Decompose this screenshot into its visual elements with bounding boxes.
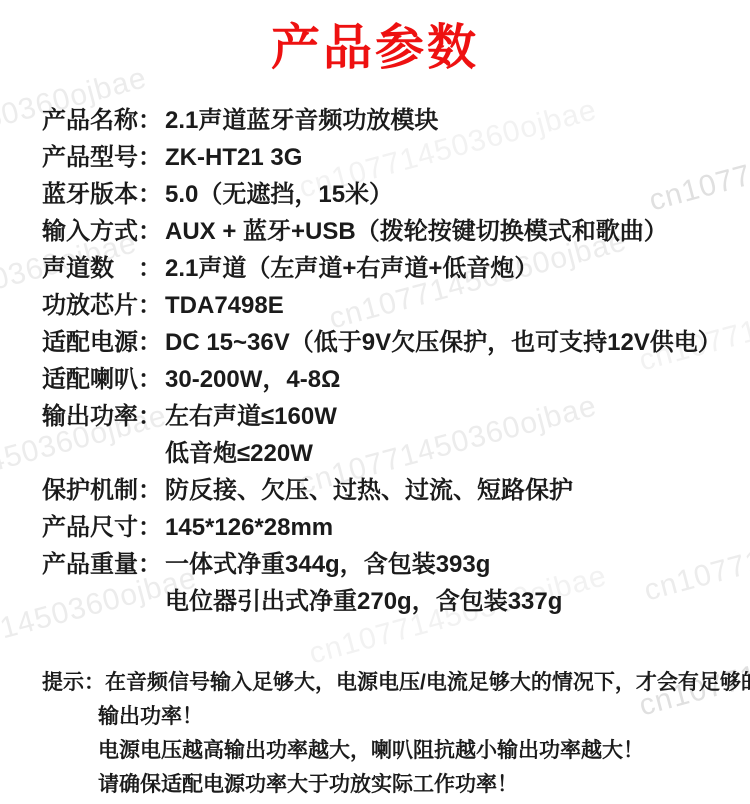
spec-value: 2.1声道蓝牙音频功放模块 xyxy=(165,107,438,134)
spec-row-channels: 声道数 ：2.1声道（左声道+右声道+低音炮） xyxy=(42,250,750,287)
spec-value: 一体式净重344g，含包装393g xyxy=(165,551,490,578)
spec-label: 产品型号： xyxy=(42,139,165,176)
spec-value: 电位器引出式净重270g，含包装337g xyxy=(165,588,562,615)
spec-row-weight: 产品重量：一体式净重344g，含包装393g xyxy=(42,546,750,583)
spec-row-power-supply: 适配电源：DC 15~36V（低于9V欠压保护，也可支持12V供电） xyxy=(42,324,750,361)
page-title: 产品参数 xyxy=(0,0,750,77)
spec-label: 产品名称： xyxy=(42,102,165,139)
spec-row-product-name: 产品名称：2.1声道蓝牙音频功放模块 xyxy=(42,102,750,139)
spec-value: 30-200W，4-8Ω xyxy=(165,366,340,393)
tips-line-2: 输出功率！ xyxy=(42,700,750,734)
spec-row-amp-chip: 功放芯片：TDA7498E xyxy=(42,287,750,324)
spec-value: 低音炮≤220W xyxy=(165,440,313,467)
spec-value: AUX + 蓝牙+USB（拨轮按键切换模式和歌曲） xyxy=(165,218,668,245)
spec-label: 功放芯片： xyxy=(42,287,165,324)
spec-value: 145*126*28mm xyxy=(165,514,333,541)
spec-value: TDA7498E xyxy=(165,292,284,319)
spec-label: 产品重量： xyxy=(42,546,165,583)
tips-line-1: 提示：在音频信号输入足够大，电源电压/电流足够大的情况下，才会有足够的 xyxy=(42,666,750,700)
tips-line-3: 电源电压越高输出功率越大，喇叭阻抗越小输出功率越大！ xyxy=(42,734,750,768)
spec-value: DC 15~36V（低于9V欠压保护，也可支持12V供电） xyxy=(165,329,722,356)
spec-value: 5.0（无遮挡，15米） xyxy=(165,181,393,208)
spec-list: 产品名称：2.1声道蓝牙音频功放模块 产品型号：ZK-HT21 3G 蓝牙版本：… xyxy=(42,102,750,620)
spec-row-output-power-subwoofer: 低音炮≤220W xyxy=(42,435,750,472)
tips-text: 输出功率！ xyxy=(98,705,203,728)
spec-label: 输出功率： xyxy=(42,398,165,435)
spec-row-speaker-match: 适配喇叭：30-200W，4-8Ω xyxy=(42,361,750,398)
spec-label: 声道数 ： xyxy=(42,250,165,287)
spec-row-output-power: 输出功率：左右声道≤160W xyxy=(42,398,750,435)
spec-row-input-mode: 输入方式：AUX + 蓝牙+USB（拨轮按键切换模式和歌曲） xyxy=(42,213,750,250)
tips-text: 电源电压越高输出功率越大，喇叭阻抗越小输出功率越大！ xyxy=(98,739,644,762)
content: 产品参数 产品名称：2.1声道蓝牙音频功放模块 产品型号：ZK-HT21 3G … xyxy=(0,0,750,802)
spec-row-bluetooth-version: 蓝牙版本：5.0（无遮挡，15米） xyxy=(42,176,750,213)
tips-text: 请确保适配电源功率大于功放实际工作功率！ xyxy=(98,773,518,796)
spec-label: 保护机制： xyxy=(42,472,165,509)
spec-value: 左右声道≤160W xyxy=(165,403,337,430)
spec-row-protection: 保护机制：防反接、欠压、过热、过流、短路保护 xyxy=(42,472,750,509)
tips-text: 在音频信号输入足够大，电源电压/电流足够大的情况下，才会有足够的 xyxy=(105,671,750,694)
spec-label: 产品尺寸： xyxy=(42,509,165,546)
spec-row-weight-potentiometer: 电位器引出式净重270g，含包装337g xyxy=(42,583,750,620)
spec-label: 适配电源： xyxy=(42,324,165,361)
product-parameters-sheet: cn10771450360ojbae cn10771450360ojbae cn… xyxy=(0,0,750,804)
tips-prefix: 提示： xyxy=(42,666,105,700)
spec-label: 适配喇叭： xyxy=(42,361,165,398)
spec-value: 2.1声道（左声道+右声道+低音炮） xyxy=(165,255,538,282)
spec-label: 输入方式： xyxy=(42,213,165,250)
spec-label: 蓝牙版本： xyxy=(42,176,165,213)
spec-row-dimensions: 产品尺寸：145*126*28mm xyxy=(42,509,750,546)
spec-value: 防反接、欠压、过热、过流、短路保护 xyxy=(165,477,573,504)
tips-line-4: 请确保适配电源功率大于功放实际工作功率！ xyxy=(42,768,750,802)
spec-value: ZK-HT21 3G xyxy=(165,144,302,171)
spec-row-model: 产品型号：ZK-HT21 3G xyxy=(42,139,750,176)
tips-section: 提示：在音频信号输入足够大，电源电压/电流足够大的情况下，才会有足够的 输出功率… xyxy=(42,666,750,802)
